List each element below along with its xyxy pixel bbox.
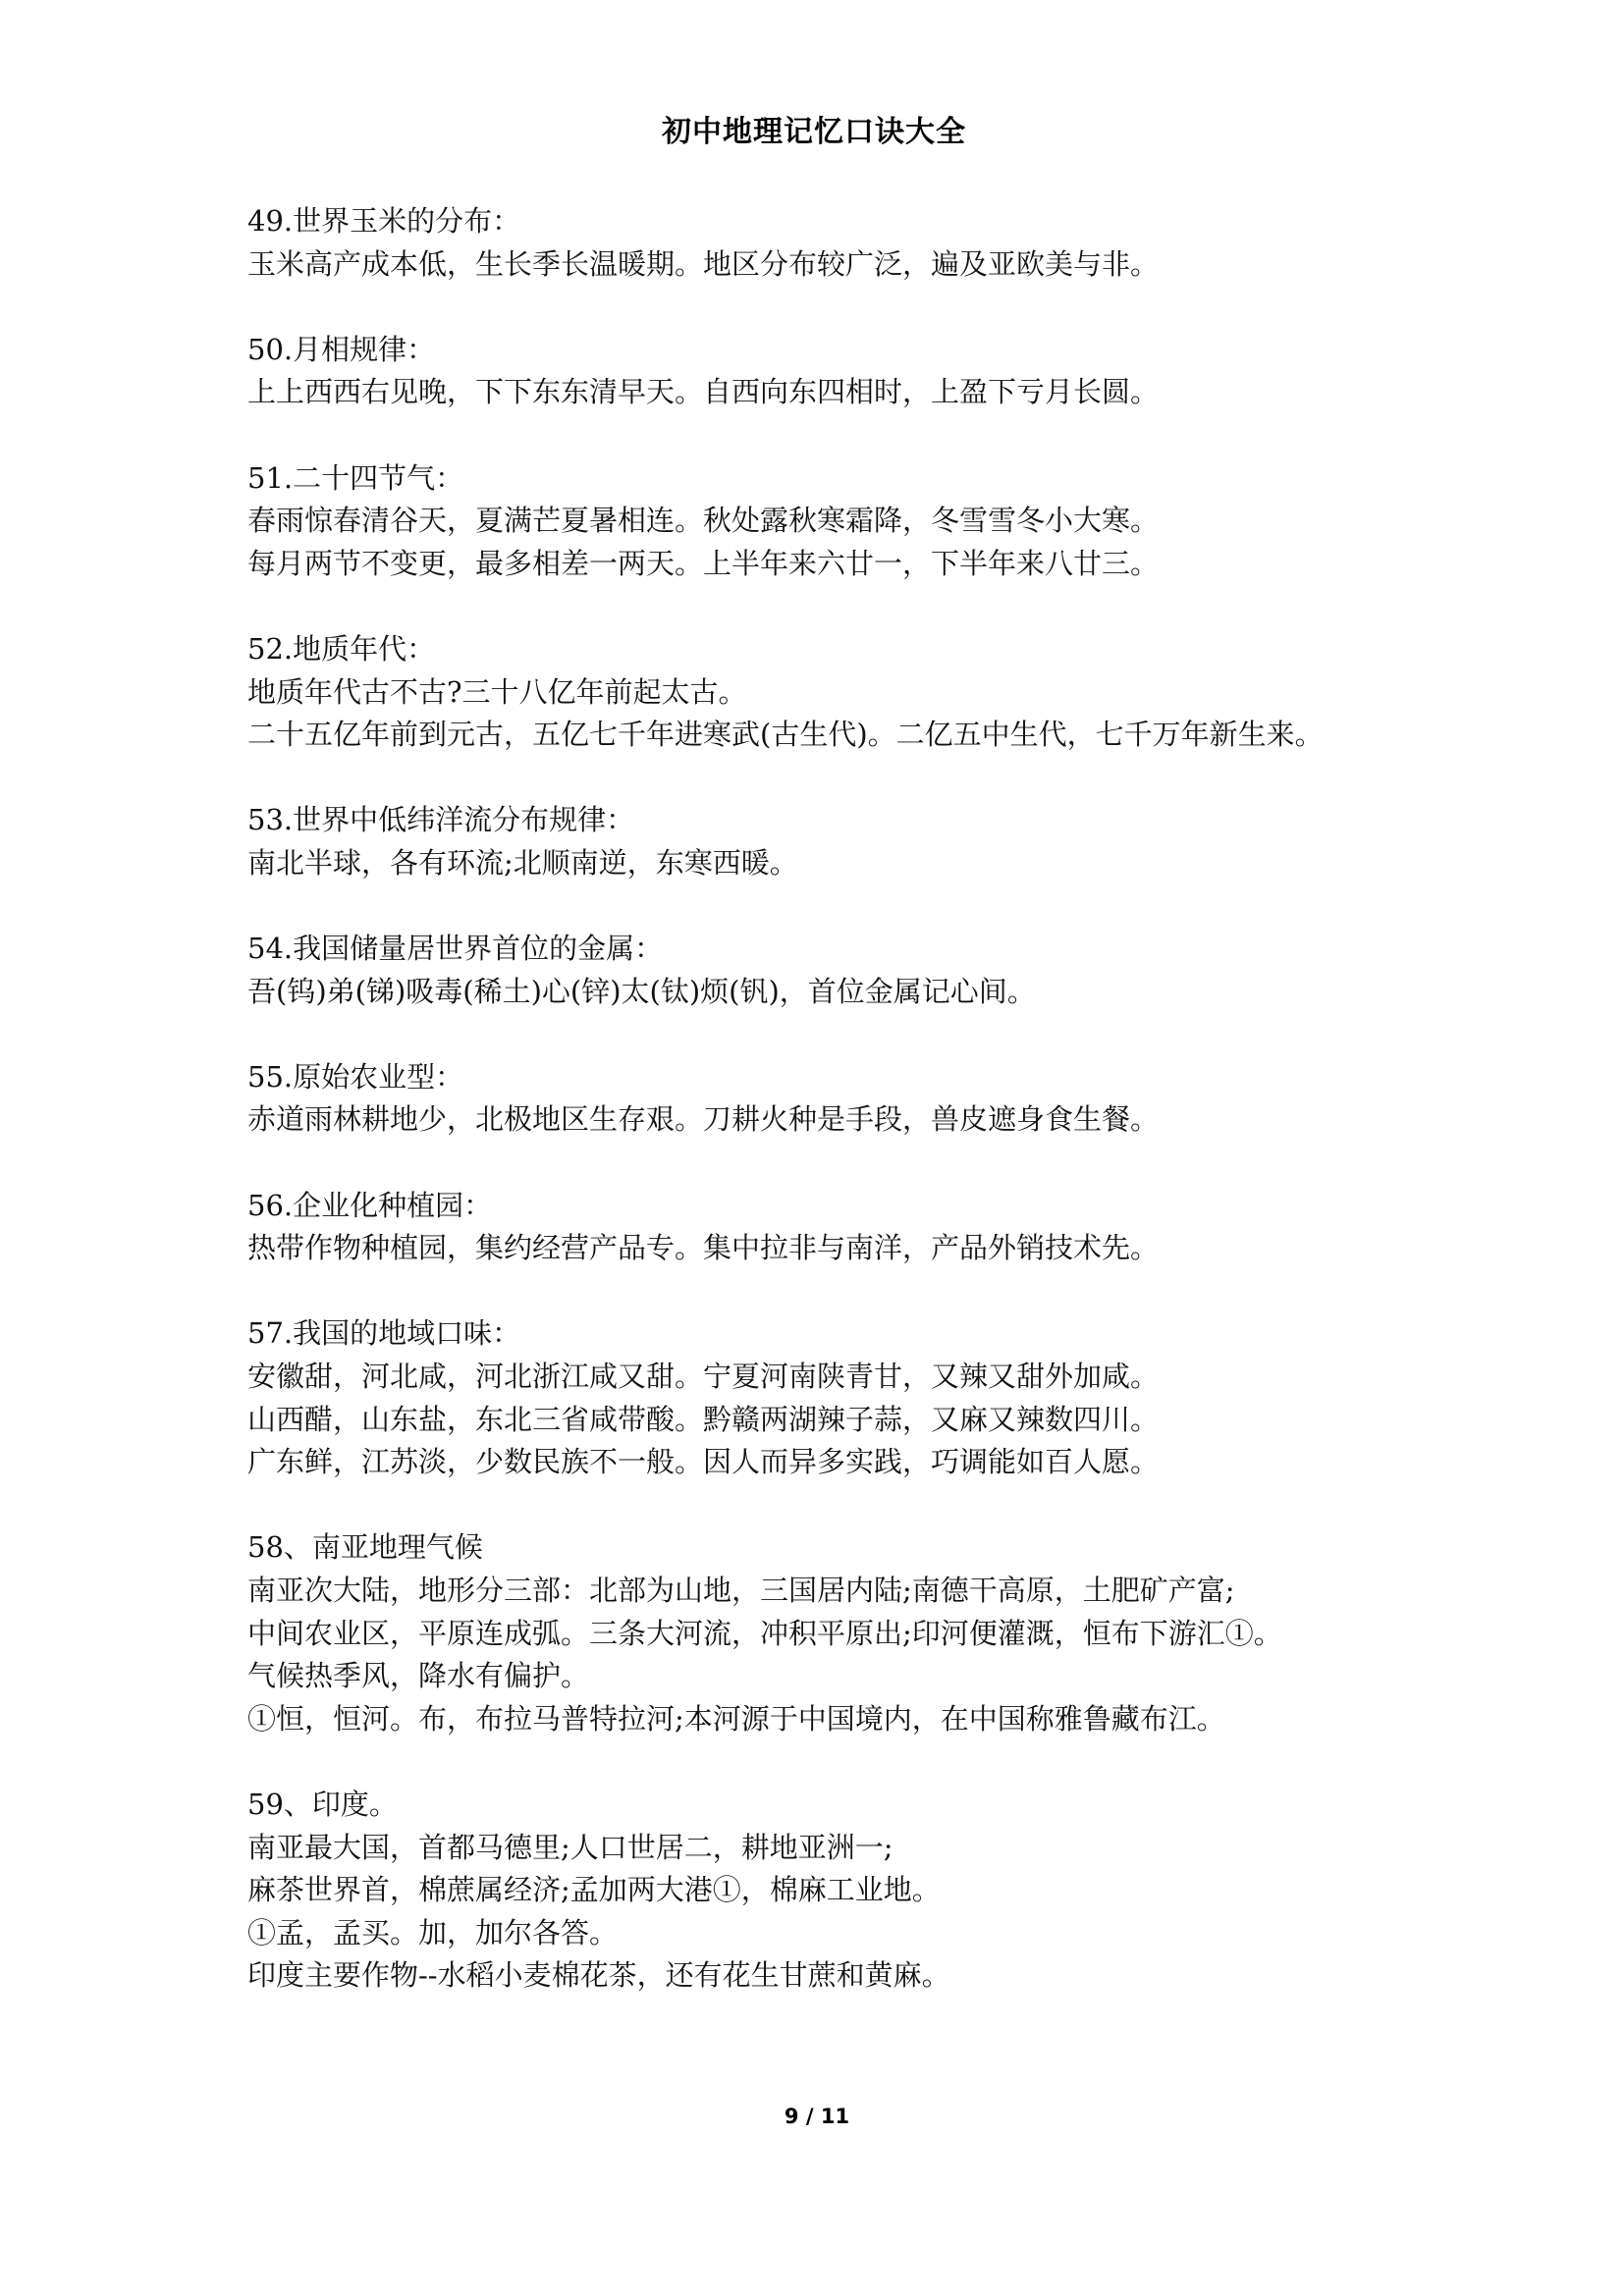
section-line: 安徽甜，河北咸，河北浙江咸又甜。宁夏河南陕青甘，又辣又甜外加咸。	[247, 1356, 1426, 1399]
section-line: 山西醋，山东盐，东北三省咸带酸。黔赣两湖辣子蒜，又麻又辣数四川。	[247, 1399, 1426, 1442]
section-line: 上上西西右见晚，下下东东清早天。自西向东四相时，上盈下亏月长圆。	[247, 371, 1426, 414]
section-line: 赤道雨林耕地少，北极地区生存艰。刀耕火种是手段，兽皮遮身食生餐。	[247, 1098, 1426, 1142]
section-heading: 55.原始农业型：	[247, 1056, 1426, 1099]
section-line: 热带作物种植园，集约经营产品专。集中拉非与南洋，产品外销技术先。	[247, 1227, 1426, 1270]
section-heading: 50.月相规律：	[247, 329, 1426, 372]
section-line: 每月两节不变更，最多相差一两天。上半年来六廿一，下半年来八廿三。	[247, 543, 1426, 586]
section-54: 54.我国储量居世界首位的金属： 吾(钨)弟(锑)吸毒(稀土)心(锌)太(钛)烦…	[247, 928, 1426, 1013]
footnote-line: ①孟，孟买。加，加尔各答。	[247, 1912, 1426, 1955]
section-heading: 57.我国的地域口味：	[247, 1312, 1426, 1356]
section-line: 二十五亿年前到元古，五亿七千年进寒武(古生代)。二亿五中生代，七千万年新生来。	[247, 714, 1426, 757]
section-line: 春雨惊春清谷天，夏满芒夏暑相连。秋处露秋寒霜降，冬雪雪冬小大寒。	[247, 500, 1426, 543]
section-line: 南亚最大国，首都马德里;人口世居二，耕地亚洲一;	[247, 1827, 1426, 1870]
footnote-line: ①恒，恒河。布，布拉马普特拉河;本河源于中国境内，在中国称雅鲁藏布江。	[247, 1698, 1426, 1741]
section-56: 56.企业化种植园： 热带作物种植园，集约经营产品专。集中拉非与南洋，产品外销技…	[247, 1185, 1426, 1270]
document-title: 初中地理记忆口诀大全	[0, 112, 1624, 153]
section-heading: 56.企业化种植园：	[247, 1185, 1426, 1228]
section-heading: 58、南亚地理气候	[247, 1526, 1426, 1570]
section-line: 中间农业区，平原连成弧。三条大河流，冲积平原出;印河便灌溉，恒布下游汇①。	[247, 1613, 1426, 1656]
section-line: 麻茶世界首，棉蔗属经济;孟加两大港①，棉麻工业地。	[247, 1869, 1426, 1912]
section-51: 51.二十四节气： 春雨惊春清谷天，夏满芒夏暑相连。秋处露秋寒霜降，冬雪雪冬小大…	[247, 457, 1426, 586]
section-line: 气候热季风，降水有偏护。	[247, 1655, 1426, 1698]
section-59: 59、印度。 南亚最大国，首都马德里;人口世居二，耕地亚洲一; 麻茶世界首，棉蔗…	[247, 1784, 1426, 1998]
section-line: 南亚次大陆，地形分三部：北部为山地，三国居内陆;南德干高原，土肥矿产富;	[247, 1570, 1426, 1613]
section-heading: 49.世界玉米的分布：	[247, 200, 1426, 243]
section-heading: 51.二十四节气：	[247, 457, 1426, 501]
section-line: 地质年代古不古?三十八亿年前起太古。	[247, 671, 1426, 715]
section-53: 53.世界中低纬洋流分布规律： 南北半球，各有环流;北顺南逆，东寒西暖。	[247, 799, 1426, 884]
document-body: 49.世界玉米的分布： 玉米高产成本低，生长季长温暖期。地区分布较广泛，遍及亚欧…	[247, 200, 1426, 2041]
section-line: 印度主要作物--水稻小麦棉花茶，还有花生甘蔗和黄麻。	[247, 1954, 1426, 1998]
section-58: 58、南亚地理气候 南亚次大陆，地形分三部：北部为山地，三国居内陆;南德干高原，…	[247, 1526, 1426, 1740]
section-55: 55.原始农业型： 赤道雨林耕地少，北极地区生存艰。刀耕火种是手段，兽皮遮身食生…	[247, 1056, 1426, 1142]
section-heading: 53.世界中低纬洋流分布规律：	[247, 799, 1426, 842]
section-50: 50.月相规律： 上上西西右见晚，下下东东清早天。自西向东四相时，上盈下亏月长圆…	[247, 329, 1426, 414]
section-line: 吾(钨)弟(锑)吸毒(稀土)心(锌)太(钛)烦(钒)，首位金属记心间。	[247, 971, 1426, 1014]
section-heading: 52.地质年代：	[247, 628, 1426, 671]
section-line: 玉米高产成本低，生长季长温暖期。地区分布较广泛，遍及亚欧美与非。	[247, 243, 1426, 287]
section-heading: 59、印度。	[247, 1784, 1426, 1827]
section-49: 49.世界玉米的分布： 玉米高产成本低，生长季长温暖期。地区分布较广泛，遍及亚欧…	[247, 200, 1426, 286]
section-52: 52.地质年代： 地质年代古不古?三十八亿年前起太古。 二十五亿年前到元古，五亿…	[247, 628, 1426, 757]
section-line: 广东鲜，江苏淡，少数民族不一般。因人而异多实践，巧调能如百人愿。	[247, 1441, 1426, 1484]
section-heading: 54.我国储量居世界首位的金属：	[247, 928, 1426, 971]
section-line: 南北半球，各有环流;北顺南逆，东寒西暖。	[247, 842, 1426, 885]
page-number: 9 / 11	[0, 2104, 1624, 2129]
section-57: 57.我国的地域口味： 安徽甜，河北咸，河北浙江咸又甜。宁夏河南陕青甘，又辣又甜…	[247, 1312, 1426, 1483]
